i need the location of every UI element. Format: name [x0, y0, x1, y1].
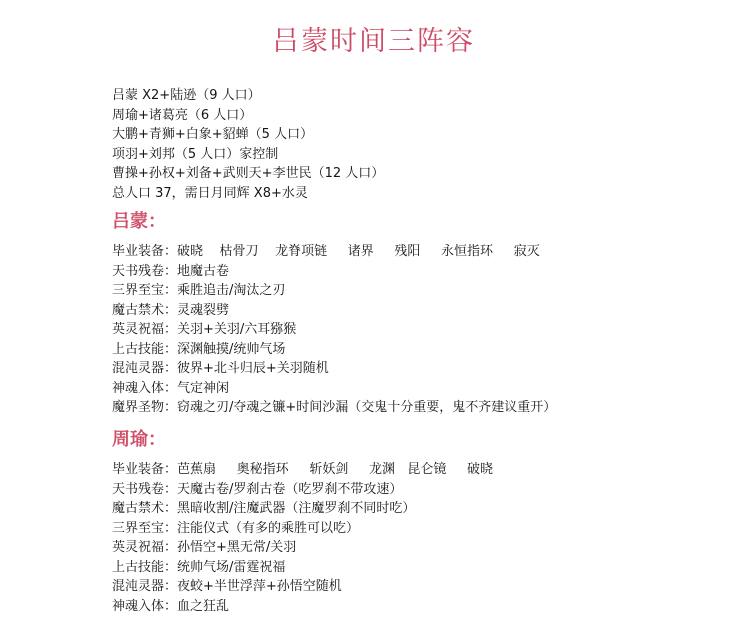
build-row: 混沌灵器：彼界+北斗归辰+关羽随机	[112, 359, 556, 379]
row-label: 天书残卷：	[112, 482, 177, 497]
row-value: 天魔古卷/罗刹古卷（吃罗刹不带攻速）	[177, 482, 402, 497]
row-value: 窃魂之刃/夺魂之镰+时间沙漏（交鬼十分重要，鬼不齐建议重开）	[177, 400, 556, 415]
row-label: 三界至宝：	[112, 521, 177, 536]
row-label: 魔古禁术：	[112, 501, 177, 516]
build-row: 英灵祝福：孙悟空+黑无常/关羽	[112, 538, 493, 558]
row-value: 关羽+关羽/六耳猕猴	[177, 322, 296, 337]
row-label: 魔古禁术：	[112, 303, 177, 318]
build-row: 魔界圣物：窃魂之刃/夺魂之镰+时间沙漏（交鬼十分重要，鬼不齐建议重开）	[112, 398, 556, 418]
row-label: 上古技能：	[112, 560, 177, 575]
page-title: 吕蒙时间三阵容	[0, 24, 747, 60]
build-row: 毕业装备：芭蕉扇 奥秘指环 斩妖剑 龙渊 昆仑镜 破晓	[112, 460, 493, 480]
row-value: 气定神闲	[177, 381, 229, 396]
build-row: 上古技能：深渊触摸/统帅气场	[112, 340, 556, 360]
row-value: 灵魂裂劈	[177, 303, 229, 318]
row-value: 乘胜追击/淘汰之刃	[177, 283, 285, 298]
row-label: 天书残卷：	[112, 264, 177, 279]
row-value: 注能仪式（有多的乘胜可以吃）	[177, 521, 359, 536]
section-heading: 吕蒙：	[112, 208, 556, 236]
build-row: 三界至宝：乘胜追击/淘汰之刃	[112, 281, 556, 301]
row-label: 毕业装备：	[112, 462, 177, 477]
build-row: 上古技能：统帅气场/雷霆祝福	[112, 558, 493, 578]
build-row: 神魂入体：血之狂乱	[112, 597, 493, 617]
build-row: 魔古禁术：灵魂裂劈	[112, 301, 556, 321]
summary-line: 吕蒙 X2+陆逊（9 人口）	[112, 86, 384, 106]
summary-line: 周瑜+诸葛亮（6 人口）	[112, 106, 384, 126]
row-value: 深渊触摸/统帅气场	[177, 342, 285, 357]
summary-line: 项羽+刘邦（5 人口）家控制	[112, 145, 384, 165]
build-row: 混沌灵器：夜蛟+半世浮萍+孙悟空随机	[112, 577, 493, 597]
row-label: 英灵祝福：	[112, 322, 177, 337]
row-value: 破晓 枯骨刀 龙脊项链 诸界 残阳 永恒指环 寂灭	[177, 244, 540, 259]
row-label: 神魂入体：	[112, 381, 177, 396]
lineup-summary: 吕蒙 X2+陆逊（9 人口） 周瑜+诸葛亮（6 人口） 大鹏+青狮+白象+貂蝉（…	[112, 86, 384, 203]
row-label: 混沌灵器：	[112, 579, 177, 594]
row-label: 神魂入体：	[112, 599, 177, 614]
row-value: 芭蕉扇 奥秘指环 斩妖剑 龙渊 昆仑镜 破晓	[177, 462, 493, 477]
row-label: 毕业装备：	[112, 244, 177, 259]
build-row: 英灵祝福：关羽+关羽/六耳猕猴	[112, 320, 556, 340]
section-zhouyu: 周瑜： 毕业装备：芭蕉扇 奥秘指环 斩妖剑 龙渊 昆仑镜 破晓 天书残卷：天魔古…	[112, 426, 493, 616]
row-label: 魔界圣物：	[112, 400, 177, 415]
summary-line: 大鹏+青狮+白象+貂蝉（5 人口）	[112, 125, 384, 145]
row-label: 混沌灵器：	[112, 361, 177, 376]
row-value: 地魔古卷	[177, 264, 229, 279]
build-row: 天书残卷：天魔古卷/罗刹古卷（吃罗刹不带攻速）	[112, 480, 493, 500]
row-value: 彼界+北斗归辰+关羽随机	[177, 361, 329, 376]
build-row: 神魂入体：气定神闲	[112, 379, 556, 399]
row-label: 上古技能：	[112, 342, 177, 357]
row-label: 三界至宝：	[112, 283, 177, 298]
build-row: 三界至宝：注能仪式（有多的乘胜可以吃）	[112, 519, 493, 539]
section-lvmeng: 吕蒙： 毕业装备：破晓 枯骨刀 龙脊项链 诸界 残阳 永恒指环 寂灭 天书残卷：…	[112, 208, 556, 418]
summary-line: 总人口 37，需日月同辉 X8+水灵	[112, 184, 384, 204]
build-row: 毕业装备：破晓 枯骨刀 龙脊项链 诸界 残阳 永恒指环 寂灭	[112, 242, 556, 262]
row-value: 黑暗收割/注魔武器（注魔罗刹不同时吃）	[177, 501, 415, 516]
build-row: 天书残卷：地魔古卷	[112, 262, 556, 282]
row-value: 血之狂乱	[177, 599, 229, 614]
build-row: 魔古禁术：黑暗收割/注魔武器（注魔罗刹不同时吃）	[112, 499, 493, 519]
row-value: 夜蛟+半世浮萍+孙悟空随机	[177, 579, 342, 594]
summary-line: 曹操+孙权+刘备+武则天+李世民（12 人口）	[112, 164, 384, 184]
row-label: 英灵祝福：	[112, 540, 177, 555]
row-value: 统帅气场/雷霆祝福	[177, 560, 285, 575]
section-heading: 周瑜：	[112, 426, 493, 454]
row-value: 孙悟空+黑无常/关羽	[177, 540, 296, 555]
